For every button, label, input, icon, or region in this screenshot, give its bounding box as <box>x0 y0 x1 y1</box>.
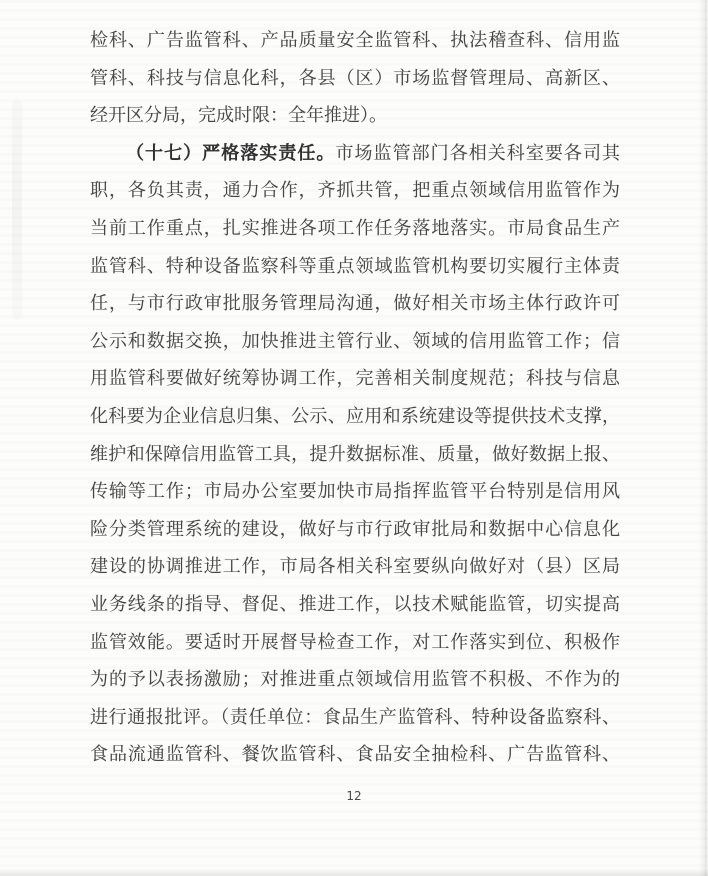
text-line: 当前工作重点，扎实推进各项工作任务落地落实。市局食品生产 <box>90 210 620 248</box>
text-line: 传输等工作；市局办公室要加快市局指挥监管平台特别是信用风 <box>90 473 620 511</box>
scan-edge-bottom <box>0 868 708 876</box>
scan-edge-right <box>699 0 708 876</box>
scan-smudge-artifact <box>12 100 22 320</box>
text-line: 食品流通监管科、餐饮监管科、食品安全抽检科、广告监管科、 <box>90 736 620 774</box>
section-heading: （十七）严格落实责任。 <box>126 143 335 164</box>
document-page: 检科、广告监管科、产品质量安全监管科、执法稽查科、信用监 管科、科技与信息化科，… <box>0 0 708 876</box>
text-line: （十七）严格落实责任。市场监管部门各相关科室要各司其 <box>90 135 620 173</box>
text-line: 进行通报批评。（责任单位：食品生产监管科、特种设备监察科、 <box>90 699 620 737</box>
text-line: 管科、科技与信息化科，各县（区）市场监督管理局、高新区、 <box>90 60 620 98</box>
text-line: 建设的协调推进工作，市局各相关科室要纵向做好对（县）区局 <box>90 548 620 586</box>
text-block: 检科、广告监管科、产品质量安全监管科、执法稽查科、信用监 管科、科技与信息化科，… <box>90 22 620 774</box>
text-line: 检科、广告监管科、产品质量安全监管科、执法稽查科、信用监 <box>90 22 620 60</box>
text-line: 监管效能。要适时开展督导检查工作，对工作落实到位、积极作 <box>90 624 620 662</box>
text-line: 监管科、特种设备监察科等重点领域监管机构要切实履行主体责 <box>90 248 620 286</box>
text-line: 经开区分局，完成时限：全年推进）。 <box>90 97 620 135</box>
text-line: 化科要为企业信息归集、公示、应用和系统建设等提供技术支撑， <box>90 398 620 436</box>
text-line: 险分类管理系统的建设，做好与市行政审批局和数据中心信息化 <box>90 511 620 549</box>
text-line: 用监管科要做好统筹协调工作，完善相关制度规范；科技与信息 <box>90 360 620 398</box>
text-line: 任，与市行政审批服务管理局沟通，做好相关市场主体行政许可 <box>90 285 620 323</box>
page-number: 12 <box>0 788 708 804</box>
section-first-line-text: 市场监管部门各相关科室要各司其 <box>335 143 620 164</box>
text-line: 业务线条的指导、督促、推进工作，以技术赋能监管，切实提高 <box>90 586 620 624</box>
text-line: 公示和数据交换，加快推进主管行业、领域的信用监管工作；信 <box>90 323 620 361</box>
text-line: 职，各负其责，通力合作，齐抓共管，把重点领域信用监管作为 <box>90 172 620 210</box>
text-line: 维护和保障信用监管工具，提升数据标准、质量，做好数据上报、 <box>90 436 620 474</box>
text-line: 为的予以表扬激励；对推进重点领域信用监管不积极、不作为的 <box>90 661 620 699</box>
